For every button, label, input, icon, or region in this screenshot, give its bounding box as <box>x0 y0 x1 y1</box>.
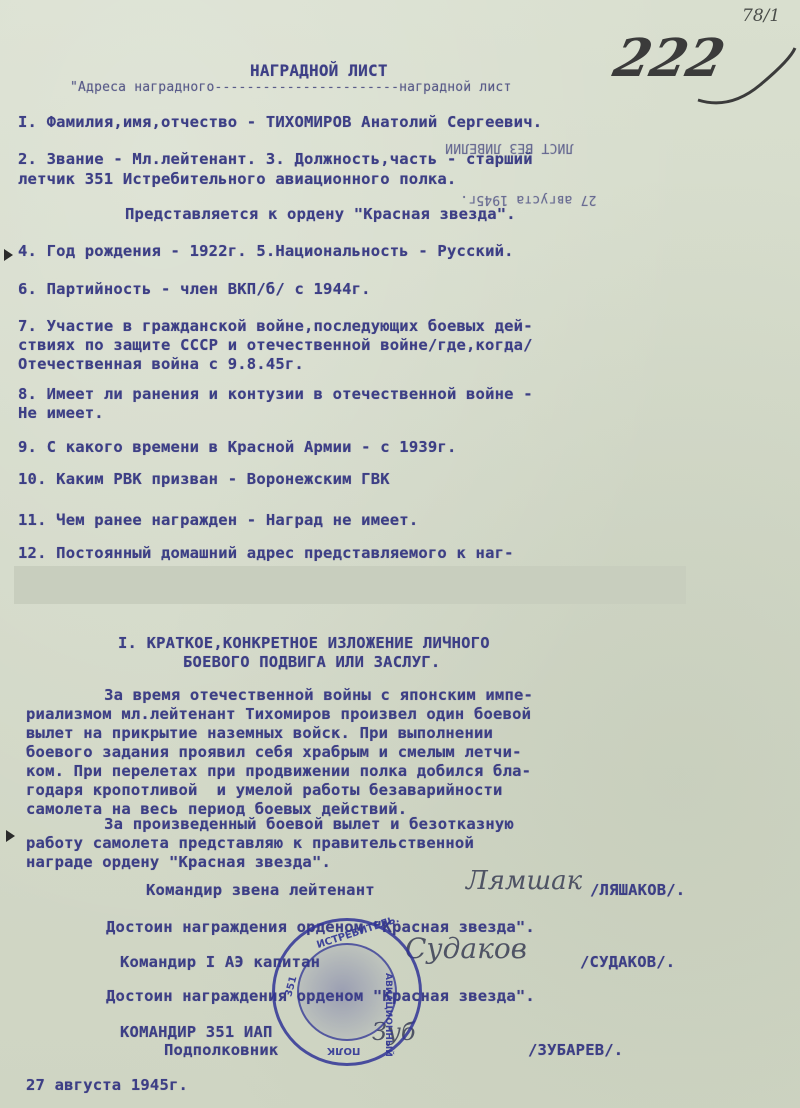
field-12-address: 12. Постоянный домашний адрес представля… <box>18 544 514 562</box>
margin-arrow-icon <box>6 830 15 842</box>
narrative-line: За произведенный боевой вылет и безотказ… <box>66 815 514 833</box>
archive-number: 78/1 <box>742 6 780 26</box>
stamp-bottom-text: ПОЛК <box>327 1045 360 1056</box>
narrative-line: годаря кропотливой и умелой работы безав… <box>26 781 503 799</box>
section-heading-line-1: I. КРАТКОЕ,КОНКРЕТНОЕ ИЗЛОЖЕНИЕ ЛИЧНОГО <box>118 634 490 652</box>
faint-subtitle: "Адреса наградного----------------------… <box>70 80 511 95</box>
narrative-line: награде ордену "Красная звезда". <box>26 853 331 871</box>
stamp-emblem <box>297 943 397 1041</box>
narrative-line: боевого задания проявил себя храбрым и с… <box>26 743 522 761</box>
narrative-line: За время отечественной войны с японским … <box>66 686 533 704</box>
signature-name-squadron-commander: /СУДАКОВ/. <box>580 953 675 971</box>
stamp-side-text: АВИАЦИОННЫЙ <box>383 973 393 1057</box>
document-date: 27 августа 1945г. <box>26 1076 188 1094</box>
field-4-birth-nationality: 4. Год рождения - 1922г. 5.Национальност… <box>18 242 514 260</box>
field-2-rank-position: 2. Звание - Мл.лейтенант. 3. Должность,ч… <box>18 150 533 168</box>
handwritten-signature: Лямшак <box>466 866 582 896</box>
signature-name-regiment-commander: /ЗУБАРЕВ/. <box>528 1041 623 1059</box>
field-3-unit: летчик 351 Истребительного авиационного … <box>18 170 456 188</box>
redacted-address-block <box>14 566 686 604</box>
field-8-line-2: Не имеет. <box>18 404 104 422</box>
signature-line-flight-commander: Командир звена лейтенант <box>146 881 375 899</box>
recommendation-line: Представляется к ордену "Красная звезда"… <box>125 205 516 223</box>
signature-line-regiment-rank: Подполковник <box>164 1041 278 1059</box>
field-9-army-since: 9. С какого времени в Красной Армии - с … <box>18 438 457 456</box>
signature-name-flight-commander: /ЛЯШАКОВ/. <box>590 881 685 899</box>
field-7-war-participation: 7. Участие в гражданской войне,последующ… <box>18 317 533 335</box>
handwritten-underline-stroke <box>690 40 800 110</box>
signature-line-regiment-commander: КОМАНДИР 351 ИАП <box>120 1023 273 1041</box>
narrative-line: риализмом мл.лейтенант Тихомиров произве… <box>26 705 531 723</box>
document-title: НАГРАДНОЙ ЛИСТ <box>250 61 388 80</box>
margin-arrow-icon <box>4 249 13 261</box>
field-7-line-2: ствиях по защите СССР и отечественной во… <box>18 336 533 354</box>
field-10-draft-office: 10. Каким РВК призван - Воронежским ГВК <box>18 470 390 488</box>
official-stamp: ИСТРЕБИТЕЛЬ. АВИАЦИОННЫЙ ПОЛК 351 <box>272 918 422 1066</box>
field-6-party: 6. Партийность - член ВКП/б/ с 1944г. <box>18 280 371 298</box>
field-1-full-name: I. Фамилия,имя,отчество - ТИХОМИРОВ Анат… <box>18 113 542 131</box>
field-7-line-3: Отечественная война с 9.8.45г. <box>18 355 304 373</box>
field-8-wounds: 8. Имеет ли ранения и контузии в отечест… <box>18 385 533 403</box>
narrative-line: вылет на прикрытие наземных войск. При в… <box>26 724 493 742</box>
narrative-line: работу самолета представляю к правительс… <box>26 834 474 852</box>
narrative-line: ком. При перелетах при продвижении полка… <box>26 762 531 780</box>
field-11-prior-awards: 11. Чем ранее награжден - Наград не имее… <box>18 511 418 529</box>
section-heading-line-2: БОЕВОГО ПОДВИГА ИЛИ ЗАСЛУГ. <box>183 653 440 671</box>
handwritten-signature: Судаков <box>405 932 527 965</box>
